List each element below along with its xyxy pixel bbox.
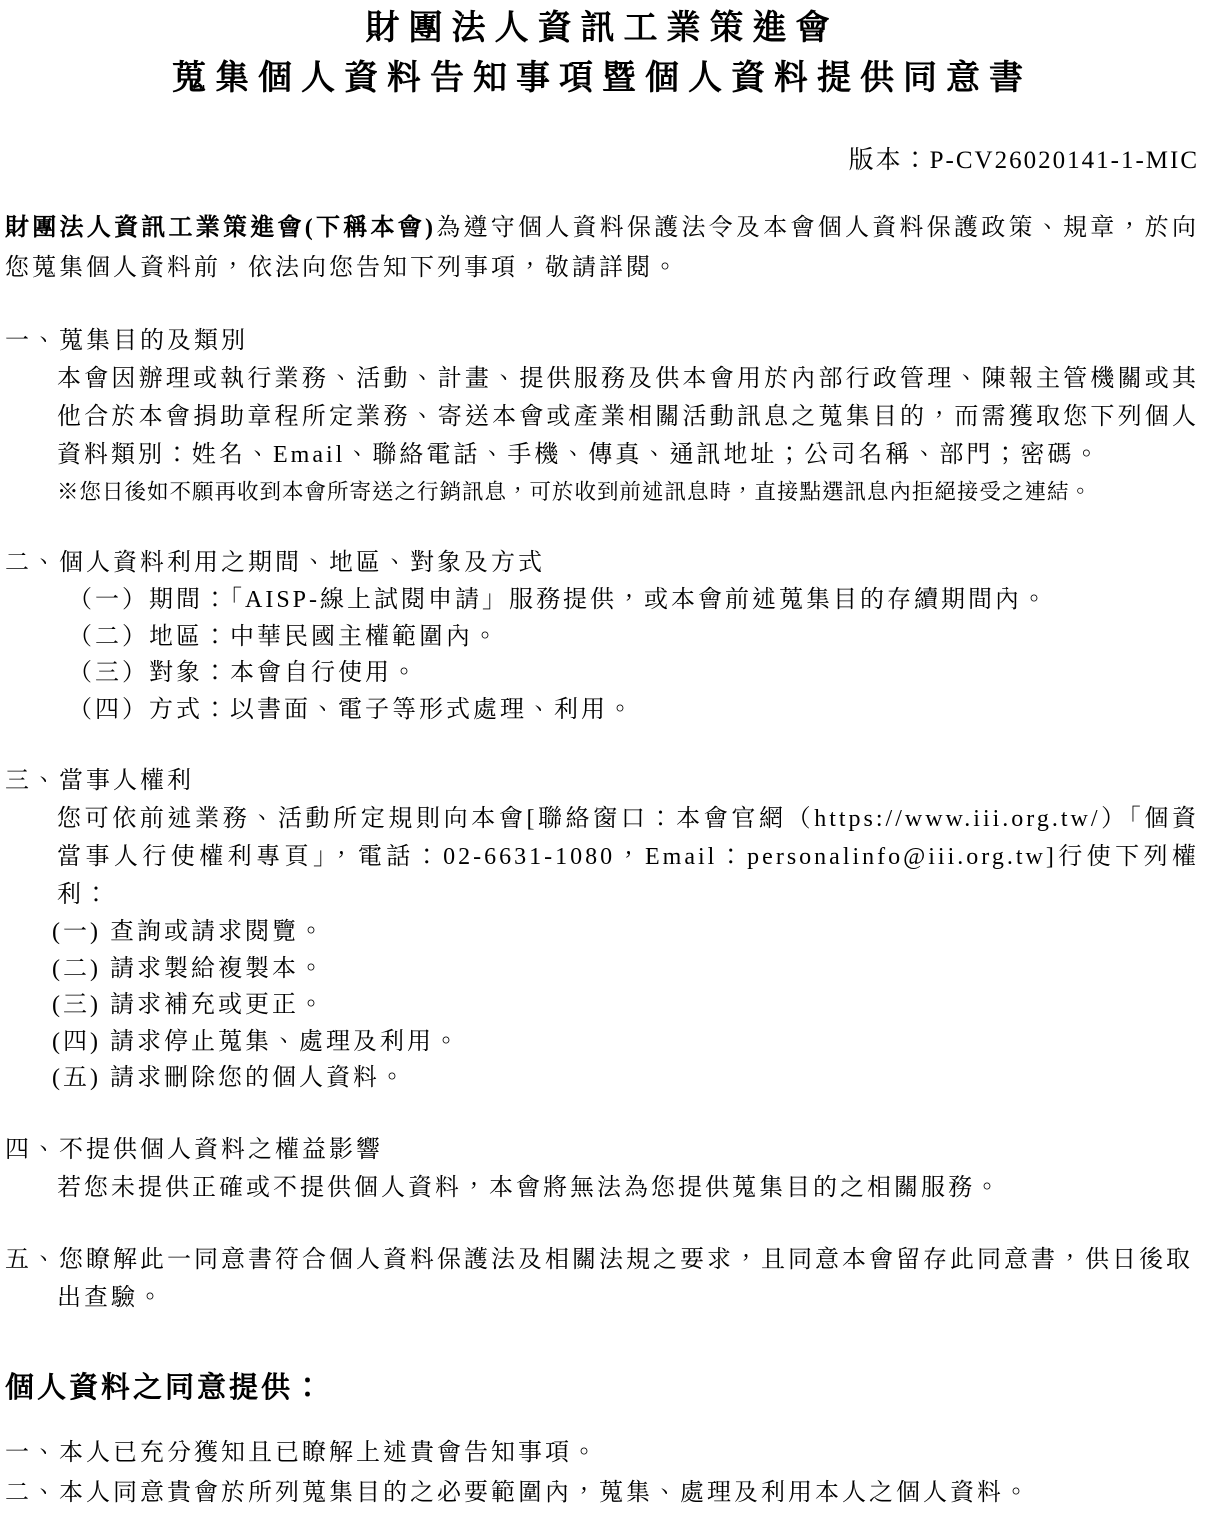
list-item: （四）方式：以書面、電子等形式處理、利用。 xyxy=(68,692,1199,729)
consent-item: 二、本人同意貴會於所列蒐集目的之必要範圍內，蒐集、處理及利用本人之個人資料。 xyxy=(5,1473,1199,1513)
section-heading: 四、不提供個人資料之權益影響 xyxy=(5,1131,1199,1169)
list-item: (五) 請求刪除您的個人資料。 xyxy=(52,1060,1199,1097)
section-consent-retention: 五、您瞭解此一同意書符合個人資料保護法及相關法規之要求，且同意本會留存此同意書，… xyxy=(5,1241,1199,1317)
intro-paragraph: 財團法人資訊工業策進會(下稱本會)為遵守個人資料保護法令及本會個人資料保護政策、… xyxy=(5,208,1199,288)
section-body: 您可依前述業務、活動所定規則向本會[聯絡窗口：本會官網（https://www.… xyxy=(57,800,1199,914)
usage-scope-list: （一）期間：「AISP-線上試閱申請」服務提供，或本會前述蒐集目的存續期間內。 … xyxy=(5,582,1199,728)
section-title: 您瞭解此一同意書符合個人資料保護法及相關法規之要求，且同意本會留存此同意書，供日… xyxy=(57,1247,1193,1311)
list-item: (四) 請求停止蒐集、處理及利用。 xyxy=(52,1024,1199,1061)
list-item: (三) 請求補充或更正。 xyxy=(52,987,1199,1024)
section-collection-purpose: 一、蒐集目的及類別 本會因辦理或執行業務、活動、計畫、提供服務及供本會用於內部行… xyxy=(5,322,1199,510)
section-title: 不提供個人資料之權益影響 xyxy=(59,1137,383,1163)
consent-heading: 個人資料之同意提供： xyxy=(5,1369,1199,1407)
document-title-line1: 財團法人資訊工業策進會 xyxy=(5,4,1199,54)
section-title: 蒐集目的及類別 xyxy=(59,328,248,354)
section-title: 個人資料利用之期間、地區、對象及方式 xyxy=(59,550,545,576)
section-number: 一、 xyxy=(5,328,59,354)
consent-statements: 一、本人已充分獲知且已瞭解上述貴會告知事項。 二、本人同意貴會於所列蒐集目的之必… xyxy=(5,1433,1199,1513)
section-title: 當事人權利 xyxy=(59,768,194,794)
list-item: (一) 查詢或請求閱覽。 xyxy=(52,914,1199,951)
version-label: 版本：P-CV26020141-1-MIC xyxy=(5,140,1199,176)
list-item: （二）地區：中華民國主權範圍內。 xyxy=(68,619,1199,656)
section-number: 四、 xyxy=(5,1137,59,1163)
section-note: ※您日後如不願再收到本會所寄送之行銷訊息，可於收到前述訊息時，直接點選訊息內拒絕… xyxy=(57,474,1199,510)
section-heading: 二、個人資料利用之期間、地區、對象及方式 xyxy=(5,544,1199,582)
section-body: 本會因辦理或執行業務、活動、計畫、提供服務及供本會用於內部行政管理、陳報主管機關… xyxy=(57,360,1199,474)
section-number: 三、 xyxy=(5,768,59,794)
section-number: 五、 xyxy=(5,1247,59,1273)
section-non-provision-impact: 四、不提供個人資料之權益影響 若您未提供正確或不提供個人資料，本會將無法為您提供… xyxy=(5,1131,1199,1207)
section-heading: 三、當事人權利 xyxy=(5,762,1199,800)
section-number: 二、 xyxy=(5,550,59,576)
section-heading: 一、蒐集目的及類別 xyxy=(5,322,1199,360)
section-heading: 五、您瞭解此一同意書符合個人資料保護法及相關法規之要求，且同意本會留存此同意書，… xyxy=(5,1241,1199,1317)
list-item: (二) 請求製給複製本。 xyxy=(52,951,1199,988)
document-title-line2: 蒐集個人資料告知事項暨個人資料提供同意書 xyxy=(5,54,1199,104)
list-item: （三）對象：本會自行使用。 xyxy=(68,655,1199,692)
rights-list: (一) 查詢或請求閱覽。 (二) 請求製給複製本。 (三) 請求補充或更正。 (… xyxy=(5,914,1199,1097)
section-body: 若您未提供正確或不提供個人資料，本會將無法為您提供蒐集目的之相關服務。 xyxy=(57,1169,1199,1207)
document-page: 財團法人資訊工業策進會 蒐集個人資料告知事項暨個人資料提供同意書 版本：P-CV… xyxy=(0,0,1205,1525)
section-data-subject-rights: 三、當事人權利 您可依前述業務、活動所定規則向本會[聯絡窗口：本會官網（http… xyxy=(5,762,1199,1097)
consent-item: 一、本人已充分獲知且已瞭解上述貴會告知事項。 xyxy=(5,1433,1199,1473)
list-item: （一）期間：「AISP-線上試閱申請」服務提供，或本會前述蒐集目的存續期間內。 xyxy=(68,582,1199,619)
section-usage-scope: 二、個人資料利用之期間、地區、對象及方式 （一）期間：「AISP-線上試閱申請」… xyxy=(5,544,1199,728)
intro-lead-bold: 財團法人資訊工業策進會(下稱本會) xyxy=(5,215,436,241)
